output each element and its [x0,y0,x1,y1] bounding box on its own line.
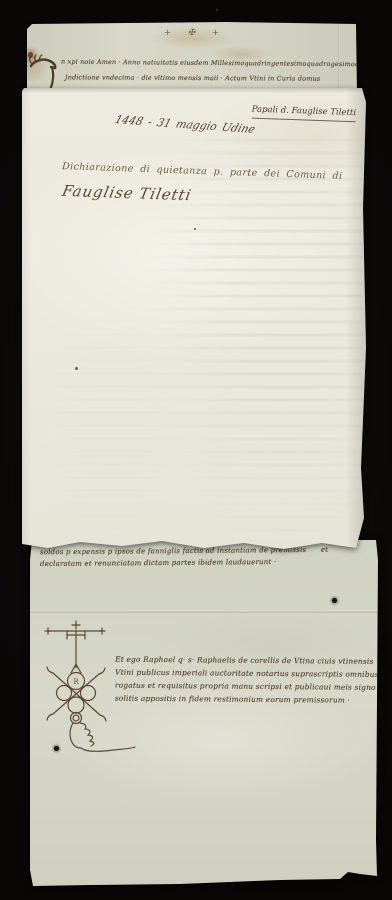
dust-speck [216,9,218,11]
notary-monogram: R [73,678,79,686]
archive-annotation-text: Papali d. Fauglise Tiletti [251,105,356,123]
name-annotation: Fauglise Tiletti [61,182,194,205]
notary-subscription: Et ego Raphael q· s· Raphaelis de corell… [115,653,392,708]
invocation-cross-marks: + ✠ + [143,28,247,38]
manuscript-line: n xpi noie Amen · Anno natiuitatis eiusd… [61,58,378,69]
worm-hole [332,598,337,603]
manuscript-line: declaratam et renunciatam dictam partes … [40,558,276,568]
subscription-line: solitis appositis in fidem restimonium e… [115,692,392,708]
showthrough-text-shadow [46,298,176,538]
overlay-paper-sheet: Papali d. Fauglise Tiletti 1448 - 31 mag… [22,88,366,558]
ink-speck [75,367,78,370]
horizontal-fold-crease [30,610,378,613]
parchment-top-sheet: + ✠ + n xpi noie Amen · Anno natiuitatis… [27,22,357,94]
parchment-bottom-sheet: soldos p expensis p ipsos de fanniglis f… [30,540,378,887]
ink-speck [194,228,196,230]
photo-of-manuscript: + ✠ + n xpi noie Amen · Anno natiuitatis… [0,0,392,900]
vertical-fold-crease [338,22,340,94]
manuscript-line: Jndictione vndecima · die vltimo mensis … [65,73,320,82]
